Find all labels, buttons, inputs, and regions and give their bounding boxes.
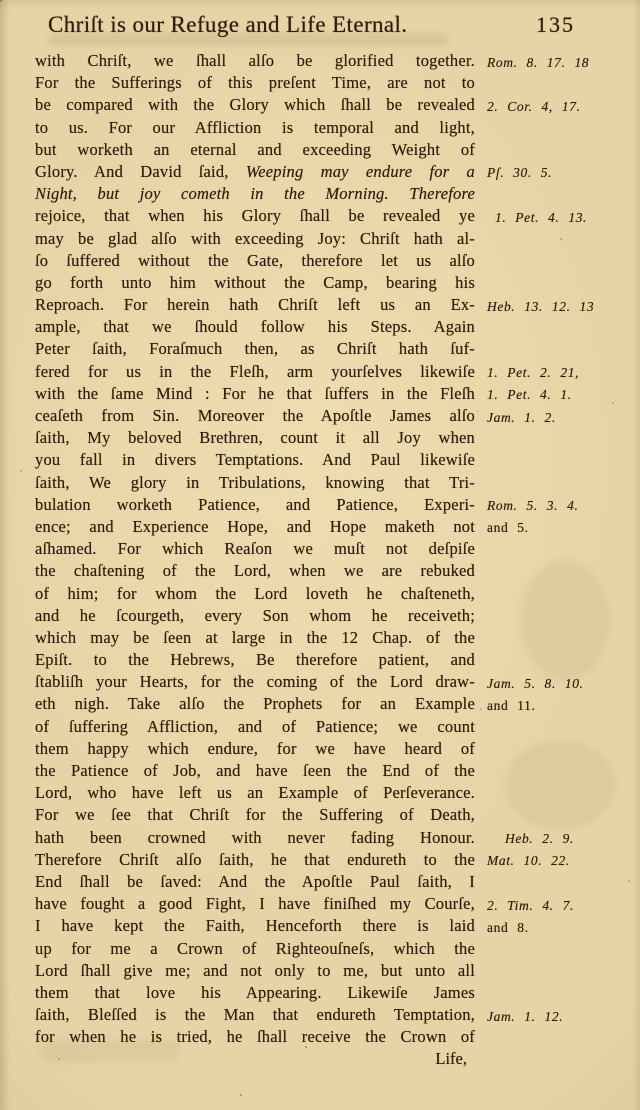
margin-scripture-reference: Jam. 1. 2. — [487, 407, 556, 429]
body-text: ſaith, My beloved Brethren, count it all… — [35, 428, 475, 447]
margin-scripture-reference: 1. Pet. 2. 21, — [487, 362, 579, 384]
body-text: bulation worketh Patience, and Patience,… — [35, 495, 475, 514]
text-line: hath been crowned with never fading Hono… — [35, 827, 475, 849]
body-text: ſaith, Bleſſed is the Man that endureth … — [35, 1005, 475, 1024]
text-line: them that love his Appearing. Likewiſe J… — [35, 982, 475, 1004]
text-line: Night, but joy cometh in the Morning. Th… — [35, 183, 475, 205]
margin-scripture-reference: 1. Pet. 4. 13. — [487, 207, 587, 229]
body-text: Therefore Chriſt alſo ſaith, he that end… — [35, 850, 475, 869]
margin-scripture-reference: and 11. — [487, 695, 535, 717]
paper-stain — [505, 740, 615, 830]
scripture-quote-text: Weeping may endure for a — [246, 162, 475, 181]
body-text: which may be ſeen at large in the 12 Cha… — [35, 628, 475, 647]
margin-scripture-reference: Rom. 5. 3. 4. — [487, 495, 578, 517]
scripture-quote-text: Night, but joy cometh in the Morning. Th… — [35, 184, 475, 203]
margin-scripture-reference: Rom. 8. 17. 18 — [487, 52, 589, 74]
text-line: and he ſcourgeth, every Son whom he rece… — [35, 605, 475, 627]
body-text: the Patience of Job, and have ſeen the E… — [35, 761, 475, 780]
text-line: but worketh an eternal and exceeding Wei… — [35, 139, 475, 161]
paper-stain — [520, 560, 610, 680]
body-text: them that love his Appearing. Likewiſe J… — [35, 983, 475, 1002]
body-text: Epiſt. to the Hebrews, Be therefore pati… — [35, 650, 475, 669]
text-line: ſtabliſh your Hearts, for the coming of … — [35, 671, 475, 693]
text-line: ample, that we ſhould follow his Steps. … — [35, 316, 475, 338]
body-text: ample, that we ſhould follow his Steps. … — [35, 317, 475, 336]
margin-scripture-reference: and 5. — [487, 517, 529, 539]
body-text: but worketh an eternal and exceeding Wei… — [35, 140, 475, 159]
body-text: of ſuffering Affliction, and of Patience… — [35, 717, 475, 736]
body-text: aſhamed. For which Reaſon we muſt not de… — [35, 539, 475, 558]
text-line: may be glad alſo with exceeding Joy: Chr… — [35, 228, 475, 250]
body-text: ceaſeth from Sin. Moreover the Apoſtle J… — [35, 406, 475, 425]
text-line: ſo ſuffered without the Gate, therefore … — [35, 250, 475, 272]
text-line: the chaſtening of the Lord, when we are … — [35, 560, 475, 582]
body-text: ſo ſuffered without the Gate, therefore … — [35, 251, 475, 270]
text-line: For we ſee that Chriſt for the Suffering… — [35, 804, 475, 826]
text-line: bulation worketh Patience, and Patience,… — [35, 494, 475, 516]
body-text: ſtabliſh your Hearts, for the coming of … — [35, 672, 475, 691]
body-text: be compared with the Glory which ſhall b… — [35, 95, 475, 114]
text-line: eth nigh. Take alſo the Prophets for an … — [35, 693, 475, 715]
body-text: go forth unto him without the Camp, bear… — [35, 273, 475, 292]
text-line: ceaſeth from Sin. Moreover the Apoſtle J… — [35, 405, 475, 427]
text-line: ſaith, Bleſſed is the Man that endureth … — [35, 1004, 475, 1026]
margin-scripture-reference: 2. Cor. 4, 17. — [487, 96, 581, 118]
page-number: 135 — [536, 12, 605, 38]
body-text: rejoice, that when his Glory ſhall be re… — [35, 206, 475, 225]
text-line: End ſhall be ſaved: And the Apoſtle Paul… — [35, 871, 475, 893]
text-line: the Patience of Job, and have ſeen the E… — [35, 760, 475, 782]
paper-speckles — [0, 0, 2, 2]
body-text: them happy which endure, for we have hea… — [35, 739, 475, 758]
body-text: Reproach. For herein hath Chriſt left us… — [35, 295, 475, 314]
text-line: ſaith, My beloved Brethren, count it all… — [35, 427, 475, 449]
text-line: Glory. And David ſaid, Weeping may endur… — [35, 161, 475, 183]
text-line: Lord, who have left us an Example of Per… — [35, 782, 475, 804]
text-line: ence; and Experience Hope, and Hope make… — [35, 516, 475, 538]
text-line: up for me a Crown of Righteouſneſs, whic… — [35, 938, 475, 960]
body-text: to us. For our Affliction is temporal an… — [35, 118, 475, 137]
margin-scripture-reference: Mat. 10. 22. — [487, 850, 570, 872]
body-text: and he ſcourgeth, every Son whom he rece… — [35, 606, 475, 625]
text-line: aſhamed. For which Reaſon we muſt not de… — [35, 538, 475, 560]
body-text: with Chriſt, we ſhall alſo be glorified … — [35, 51, 475, 70]
body-text: hath been crowned with never fading Hono… — [35, 828, 475, 847]
show-through-smudge — [40, 1040, 180, 1062]
book-page: Chriſt is our Refuge and Life Eternal. 1… — [0, 0, 640, 1110]
body-text: For the Sufferings of this preſent Time,… — [35, 73, 475, 92]
body-text: you fall in divers Temptations. And Paul… — [35, 450, 475, 469]
text-line: Peter ſaith, Foraſmuch then, as Chriſt h… — [35, 338, 475, 360]
text-line: you fall in divers Temptations. And Paul… — [35, 449, 475, 471]
body-text: may be glad alſo with exceeding Joy: Chr… — [35, 229, 475, 248]
text-line: of him; for whom the Lord loveth he chaſ… — [35, 583, 475, 605]
text-line: ſaith, We glory in Tribulations, knowing… — [35, 472, 475, 494]
body-text: with the ſame Mind : For he that ſuffers… — [35, 384, 475, 403]
text-line: rejoice, that when his Glory ſhall be re… — [35, 205, 475, 227]
text-line: to us. For our Affliction is temporal an… — [35, 117, 475, 139]
body-text: fered for us in the Fleſh, arm yourſelve… — [35, 362, 475, 381]
text-line: For the Sufferings of this preſent Time,… — [35, 72, 475, 94]
text-line: Epiſt. to the Hebrews, Be therefore pati… — [35, 649, 475, 671]
body-text: For we ſee that Chriſt for the Suffering… — [35, 805, 475, 824]
text-line: go forth unto him without the Camp, bear… — [35, 272, 475, 294]
margin-scripture-reference: and 8. — [487, 917, 529, 939]
margin-scripture-reference: Jam. 1. 12. — [487, 1006, 563, 1028]
body-text: have fought a good Fight, I have finiſhe… — [35, 894, 475, 913]
body-text: up for me a Crown of Righteouſneſs, whic… — [35, 939, 475, 958]
show-through-smudge — [48, 33, 448, 46]
body-text: eth nigh. Take alſo the Prophets for an … — [35, 694, 475, 713]
text-line: of ſuffering Affliction, and of Patience… — [35, 716, 475, 738]
body-text: I have kept the Faith, Henceforth there … — [35, 916, 475, 935]
text-line: them happy which endure, for we have hea… — [35, 738, 475, 760]
body-text: of him; for whom the Lord loveth he chaſ… — [35, 584, 475, 603]
margin-scripture-reference: Pſ. 30. 5. — [487, 162, 552, 184]
margin-scripture-reference: 2. Tim. 4. 7. — [487, 895, 574, 917]
text-line: which may be ſeen at large in the 12 Cha… — [35, 627, 475, 649]
text-line: fered for us in the Fleſh, arm yourſelve… — [35, 361, 475, 383]
text-line: have fought a good Fight, I have finiſhe… — [35, 893, 475, 915]
margin-scripture-reference: Heb. 2. 9. — [487, 828, 574, 850]
body-text: ſaith, We glory in Tribulations, knowing… — [35, 473, 475, 492]
body-text: ence; and Experience Hope, and Hope make… — [35, 517, 475, 536]
text-line: Therefore Chriſt alſo ſaith, he that end… — [35, 849, 475, 871]
text-line: Lord ſhall give me; and not only to me, … — [35, 960, 475, 982]
text-line: with the ſame Mind : For he that ſuffers… — [35, 383, 475, 405]
body-text: Glory. And David ſaid, — [35, 162, 246, 181]
text-block: with Chriſt, we ſhall alſo be glorified … — [35, 50, 475, 1071]
margin-scripture-reference: Heb. 13. 12. 13 — [487, 296, 594, 318]
text-line: with Chriſt, we ſhall alſo be glorified … — [35, 50, 475, 72]
text-line: be compared with the Glory which ſhall b… — [35, 94, 475, 116]
text-line: Reproach. For herein hath Chriſt left us… — [35, 294, 475, 316]
body-text: End ſhall be ſaved: And the Apoſtle Paul… — [35, 872, 475, 891]
body-text: Lord ſhall give me; and not only to me, … — [35, 961, 475, 980]
body-text: the chaſtening of the Lord, when we are … — [35, 561, 475, 580]
text-line: I have kept the Faith, Henceforth there … — [35, 915, 475, 937]
margin-scripture-reference: 1. Pet. 4. 1. — [487, 384, 572, 406]
body-text: Peter ſaith, Foraſmuch then, as Chriſt h… — [35, 339, 475, 358]
body-text: Lord, who have left us an Example of Per… — [35, 783, 475, 802]
